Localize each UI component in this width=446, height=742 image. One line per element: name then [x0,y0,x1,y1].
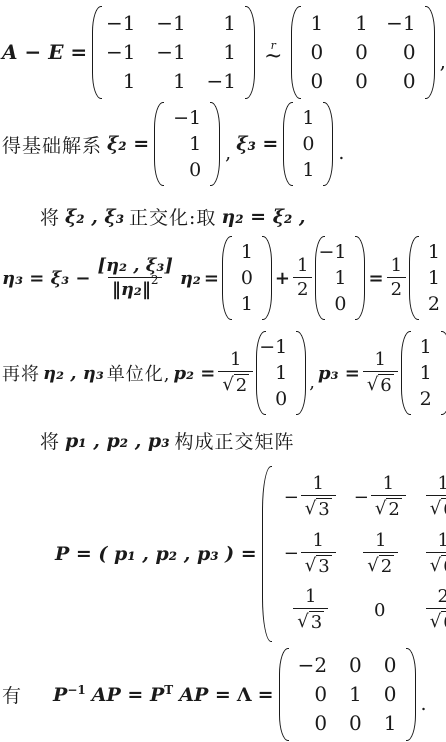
vector-cell: 1 [241,239,253,265]
vector-grid: 1 0 1 [293,102,323,186]
matrix-cell: 1 [310,9,323,38]
zero-entry: 0 [374,600,385,621]
paren-right-decoration [355,236,365,320]
paren-right-decoration [245,6,255,99]
vector-grid: 1 0 1 [232,236,262,320]
fraction-denominator: ‖η₂‖2 [108,277,163,300]
matrix-cell: −1 [106,9,135,38]
matrix-cell: −1√3 [284,474,336,520]
math-symbols: AP = P [92,684,164,706]
paren-right-decoration [406,648,416,741]
eq4-lhs: η₃ = ξ₃ − [2,268,90,289]
radical-icon: √ [430,611,441,633]
radical-icon: √ [305,498,316,520]
punctuation: . [338,142,344,164]
vector-cell: 1 [428,265,440,291]
paren-left-decoration [291,6,301,99]
matrix-cell: 0 [384,680,397,709]
radicand: 3 [316,498,331,521]
vector-cell: 1 [420,334,432,360]
matrix-cell: −1 [156,38,185,67]
paren-left-decoration [279,648,289,741]
paren-left-decoration [154,102,164,186]
matrix-cell: 1 [349,680,362,709]
matrix-cell: 0 [403,67,416,96]
xi3-label: ξ₃ = [236,133,278,155]
matrix-cell: −1√2 [354,474,406,520]
fraction-numerator: [η₂ , ξ₃] [93,256,176,277]
matrix-cell: −1 [156,9,185,38]
chinese-text: 单位化, [107,360,171,386]
fraction-denominator: 2 [387,277,406,300]
eq8-expression: P−1 AP = PT AP = Λ = [53,683,274,706]
matrix-cell: 1√6 [424,531,446,577]
math-document-page: A − E = −1 −1 1 −1 −1 1 1 1 −1 r ~ 1 [0,0,446,742]
chinese-text: 再将 [2,360,40,386]
radical-icon: √ [297,611,308,633]
fraction-denominator: √2 [218,371,253,397]
chinese-text: 得基础解系 [2,131,102,158]
fraction-numerator: 1 [226,350,245,371]
matrix-grid: −1 −1 1 −1 −1 1 1 1 −1 [102,6,245,99]
matrix-p: −1√3 −1√2 1√6 −1√3 1√2 1√6 1√3 0 2√6 [262,466,446,641]
paren-right-decoration [425,6,435,99]
equation-gram-schmidt: η₃ = ξ₃ − [η₂ , ξ₃] ‖η₂‖2 η₂ = 1 0 1 + 1… [2,231,446,325]
chinese-text: 有 [2,681,22,708]
vector-cell: 1 [302,157,314,183]
plus-sign: + [275,268,290,289]
inverse-exponent: −1 [67,683,85,697]
radicand: 2 [379,555,394,578]
equation-normalize: 再将 η₂ , η₃ 单位化, p₂ = 1 √2 −1 1 0 , p₃ = … [2,330,446,416]
vector-cell: 1 [189,131,201,157]
matrix-cell: 0 [314,680,327,709]
matrix-cell: 1√2 [361,531,398,577]
radical-icon: √ [367,555,378,577]
vector-cell: 1 [420,360,432,386]
vector-xi3-value: 1 0 1 [222,236,272,320]
matrix-cell: 0 [349,651,362,680]
matrix-cell: 0 [355,67,368,96]
fraction-one-half: 1 2 [293,256,312,300]
norm-eta2: ‖η₂‖ [112,280,151,300]
paren-right-decoration [262,236,272,320]
matrix-lambda: −2 0 0 0 1 0 0 0 1 [279,648,416,741]
vector-cell: 1 [334,265,346,291]
matrix-grid: −1√3 −1√2 1√6 −1√3 1√2 1√6 1√3 0 2√6 [272,466,446,641]
vector-grid: −1 1 0 [266,331,296,415]
paren-right-decoration [441,331,446,415]
matrix-cell: 1 [223,38,236,67]
radicand: 6 [441,611,446,634]
vector-cell: −1 [318,239,346,265]
radical-icon: √ [430,498,441,520]
fraction-numerator: 1 [301,587,320,608]
sign: − [284,487,299,508]
chinese-text: 正交化:取 [129,203,216,230]
matrix-cell: −1 [386,9,415,38]
radicand: 6 [441,555,446,578]
radicand: 6 [378,374,393,397]
matrix-cell: 1 [173,67,186,96]
matrix-cell: −1√3 [284,531,336,577]
vector-cell: 1 [302,105,314,131]
paren-right-decoration [296,331,306,415]
lambda-symbol: Λ [237,684,252,706]
matrix-cell: 1 [355,9,368,38]
matrix-grid: 1 1 −1 0 0 0 0 0 0 [301,6,424,99]
math-symbols: η₂ , η₃ [43,363,104,384]
equation-p-matrix: P = ( p₁ , p₂ , p₃ ) = −1√3 −1√2 1√6 −1√… [55,466,446,642]
matrix-cell: 1√6 [424,474,446,520]
equals-sign: = [204,268,219,289]
matrix-cell: 1 [223,9,236,38]
row-equivalence-symbol: r ~ [264,41,282,64]
xi2-label: ξ₂ = [107,133,149,155]
punctuation: , [440,49,446,73]
matrix-cell: 0 [310,38,323,67]
radicand: 3 [316,555,331,578]
radicand: 6 [441,498,446,521]
radical-icon: √ [305,555,316,577]
matrix-cell: 0 [310,67,323,96]
vector-grid: 1 1 2 [411,331,441,415]
paren-right-decoration [210,102,220,186]
paren-left-decoration [92,6,102,99]
vector-cell: −1 [259,334,287,360]
fraction-numerator: 2 [434,587,446,608]
chinese-text: 将 [40,427,60,454]
paren-left-decoration [262,466,272,641]
fraction-numerator: 1 [371,350,390,371]
vector-grid: −1 1 0 [164,102,210,186]
fraction-one-half: 1 2 [387,256,406,300]
vector-cell: −1 [173,105,201,131]
matrix-cell: −2 [298,651,327,680]
matrix-cell: 1√3 [291,587,328,633]
transpose-exponent: T [164,683,173,697]
vector-cell: 0 [189,157,201,183]
matrix-row-reduced: 1 1 −1 0 0 0 0 0 0 [291,6,434,99]
p3-label: p₃ = [318,363,360,384]
p2-label: p₂ = [173,363,215,384]
fraction-numerator: 1 [379,474,398,495]
paren-right-decoration [323,102,333,186]
equation-diagonalization: 有 P−1 AP = PT AP = Λ = −2 0 0 0 1 0 0 0 … [2,647,427,742]
matrix-cell: 0 [349,709,362,738]
radicand: 3 [309,611,324,634]
punctuation: . [421,693,427,715]
norm-exponent: 2 [151,274,159,287]
fraction-denominator: 2 [293,277,312,300]
paren-left-decoration [409,236,419,320]
vector-cell: 0 [334,291,346,317]
matrix-cell: 1 [123,67,136,96]
matrix-cell: 0 [355,38,368,67]
fraction-inner-product: [η₂ , ξ₃] ‖η₂‖2 [93,256,176,300]
fraction-one-over-sqrt6: 1 √6 [363,350,398,396]
vector-cell: 1 [428,239,440,265]
vector-cell: 2 [428,291,440,317]
fraction-numerator: 1 [371,531,390,552]
matrix-cell: 2√6 [424,587,446,633]
statement-orthogonalize: 将 ξ₂ , ξ₃ 正交化:取 η₂ = ξ₂ , [40,203,306,230]
punctuation: , [309,372,315,393]
vector-xi2: −1 1 0 [154,102,220,186]
vector-p2: −1 1 0 [256,331,306,415]
sign: − [284,543,299,564]
radicand: 2 [386,498,401,521]
radical-icon: √ [375,498,386,520]
fraction-numerator: 1 [387,256,406,277]
statement-form-orthogonal-matrix: 将 p₁ , p₂ , p₃ 构成正交矩阵 [40,427,295,454]
radicand: 2 [234,374,249,397]
vector-cell: 0 [302,131,314,157]
fraction-numerator: 1 [293,256,312,277]
matrix-cell: −1 [106,38,135,67]
vector-eta3-result: 1 1 2 [409,236,446,320]
equation-a-minus-e: A − E = −1 −1 1 −1 −1 1 1 1 −1 r ~ 1 [2,6,446,98]
equation-basis-solutions: 得基础解系 ξ₂ = −1 1 0 , ξ₃ = 1 0 1 . [2,101,344,187]
vector-xi3: 1 0 1 [283,102,333,186]
math-symbols: ξ₂ , ξ₃ [65,206,124,228]
fraction-numerator: 1 [434,474,446,495]
matrix-cell: −1 [207,67,236,96]
math-symbols: η₂ = ξ₂ , [221,206,305,228]
paren-left-decoration [283,102,293,186]
vector-grid: 1 1 2 [419,236,446,320]
paren-left-decoration [401,331,411,415]
vector-cell: 0 [241,265,253,291]
eq7-lhs: P = ( p₁ , p₂ , p₃ ) = [55,543,257,565]
matrix-cell: 0 [403,38,416,67]
fraction-denominator: √6 [363,371,398,397]
chinese-text: 构成正交矩阵 [175,427,295,454]
punctuation: , [225,142,231,164]
vector-cell: 0 [275,386,287,412]
matrix-cell: 0 [314,709,327,738]
fraction-numerator: 1 [309,474,328,495]
fraction-one-over-sqrt2: 1 √2 [218,350,253,396]
matrix-cell: 1 [384,709,397,738]
fraction-numerator: 1 [309,531,328,552]
eq1-lhs: A − E = [2,40,87,64]
math-symbols: AP = [179,684,231,706]
matrix-cell-zero: 0 [374,587,385,633]
tilde-icon: ~ [264,50,282,64]
sqrt-expression: √6 [367,374,394,397]
radical-icon: √ [222,374,233,396]
equals-sign: = [368,268,383,289]
matrix-cell: 0 [384,651,397,680]
p-symbol: P [53,684,67,706]
sign: − [354,487,369,508]
radical-icon: √ [430,555,441,577]
matrix-a-minus-e: −1 −1 1 −1 −1 1 1 1 −1 [92,6,255,99]
equals-sign: = [258,684,274,706]
vector-p3: 1 1 2 [401,331,446,415]
fraction-numerator: 1 [434,531,446,552]
math-symbols: p₁ , p₂ , p₃ [65,430,170,452]
vector-cell: 1 [275,360,287,386]
matrix-grid: −2 0 0 0 1 0 0 0 1 [289,648,406,741]
vector-eta2-value: −1 1 0 [315,236,365,320]
sqrt-expression: √2 [222,374,249,397]
chinese-text: 将 [40,203,60,230]
eta2-symbol: η₂ [180,268,201,289]
paren-left-decoration [222,236,232,320]
vector-grid: −1 1 0 [325,236,355,320]
vector-cell: 2 [420,386,432,412]
vector-cell: 1 [241,291,253,317]
radical-icon: √ [367,374,378,396]
